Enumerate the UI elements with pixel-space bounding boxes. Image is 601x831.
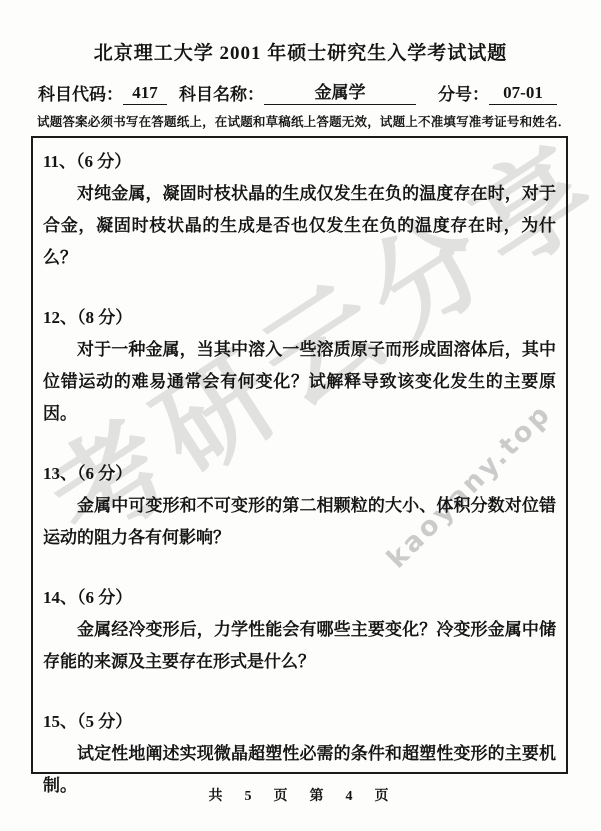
question-number: 13、（6 分） — [43, 458, 556, 490]
question: 12、（8 分）对于一种金属，当其中溶入一些溶质原子而形成固溶体后，其中位错运动… — [43, 302, 556, 430]
page-title: 北京理工大学 2001 年硕士研究生入学考试试题 — [0, 38, 601, 65]
paper-number-value: 07-01 — [489, 82, 557, 105]
subject-code-label: 科目代码： — [38, 80, 123, 105]
question-text-line: 金属中可变形和不可变形的第二相颗粒的大小、体积分数对位错 — [43, 490, 556, 522]
question-number: 11、（6 分） — [43, 146, 556, 178]
question-text-line: 合金，凝固时枝状晶的生成是否也仅发生在负的温度存在时，为什么？ — [43, 210, 556, 274]
subject-info-row: 科目代码：417科目名称：金属学分号：07-01 — [38, 80, 573, 105]
question: 11、（6 分）对纯金属，凝固时枝状晶的生成仅发生在负的温度存在时，对于合金，凝… — [43, 146, 556, 274]
question: 14、（6 分）金属经冷变形后，力学性能会有哪些主要变化？冷变形金属中储存能的来… — [43, 582, 556, 678]
exam-notice: 试题答案必须书写在答题纸上，在试题和草稿纸上答题无效，试题上不准填写准考证号和姓… — [37, 112, 577, 130]
subject-name-value: 金属学 — [264, 82, 416, 105]
question-text-line: 试定性地阐述实现微晶超塑性必需的条件和超塑性变形的主要机 — [43, 738, 556, 770]
subject-code-value: 417 — [123, 82, 167, 105]
question-text-line: 金属经冷变形后，力学性能会有哪些主要变化？冷变形金属中储 — [43, 614, 556, 646]
question: 13、（6 分）金属中可变形和不可变形的第二相颗粒的大小、体积分数对位错运动的阻… — [43, 458, 556, 554]
question-text-line: 对纯金属，凝固时枝状晶的生成仅发生在负的温度存在时，对于 — [43, 178, 556, 210]
question-text-line: 对于一种金属，当其中溶入一些溶质原子而形成固溶体后，其中 — [43, 334, 556, 366]
questions-box: 11、（6 分）对纯金属，凝固时枝状晶的生成仅发生在负的温度存在时，对于合金，凝… — [31, 136, 568, 774]
question-number: 15、（5 分） — [43, 706, 556, 738]
subject-name-label: 科目名称： — [179, 80, 264, 105]
question-text-line: 运动的阻力各有何影响？ — [43, 522, 556, 554]
paper-number-label: 分号： — [438, 80, 489, 105]
question-number: 14、（6 分） — [43, 582, 556, 614]
question-text-line: 因。 — [43, 398, 556, 430]
question-number: 12、（8 分） — [43, 302, 556, 334]
question-text-line: 位错运动的难易通常会有何变化？试解释导致该变化发生的主要原 — [43, 366, 556, 398]
page-indicator: 共 5 页 第 4 页 — [0, 785, 601, 805]
exam-paper-page: 考研云分享 kaoyany.top 北京理工大学 2001 年硕士研究生入学考试… — [0, 0, 601, 831]
question-text-line: 存能的来源及主要存在形式是什么？ — [43, 646, 556, 678]
